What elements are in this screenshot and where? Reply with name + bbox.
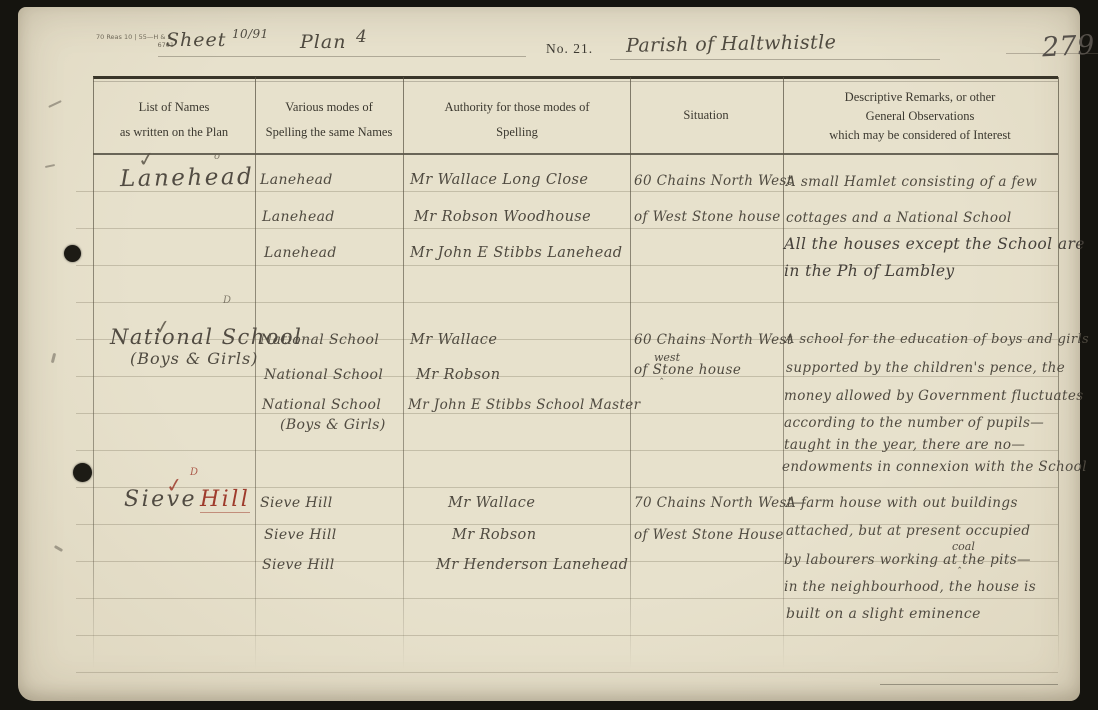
- sheet-label: Sheet: [166, 29, 226, 51]
- annotation-mark: D: [190, 467, 198, 478]
- situation-line: of Stone house: [634, 362, 741, 378]
- remarks-line: All the houses except the School are: [784, 235, 1085, 253]
- authority-entry: Mr Wallace: [410, 332, 497, 348]
- place-name: Lanehead: [120, 164, 255, 192]
- authority-entry: Mr John E Stibbs School Master: [408, 397, 640, 413]
- footer-rule: [880, 684, 1058, 685]
- column-header-spelling-line2: Spelling the same Names: [266, 120, 393, 145]
- punch-hole: [64, 245, 81, 262]
- column-header-authority: Authority for those modes of Spelling: [444, 95, 589, 145]
- parish-underline: [610, 59, 940, 60]
- column-header-names-line1: List of Names: [120, 95, 228, 120]
- form-number-label: No. 21.: [546, 41, 593, 57]
- spelling-entry: Sieve Hill: [260, 495, 333, 511]
- plan-number: 4: [356, 27, 367, 47]
- page-number: 279: [1041, 30, 1095, 64]
- scanned-document: 70 Reas 10 | 55—H & S 6701 Sheet 10/91 P…: [0, 0, 1098, 710]
- annotation-mark: D: [223, 295, 231, 306]
- remarks-line: according to the number of pupils—: [784, 415, 1044, 431]
- remarks-line: cottages and a National School: [786, 210, 1012, 226]
- column-header-situation-line1: Situation: [683, 108, 728, 123]
- spelling-entry: National School: [264, 367, 383, 383]
- column-header-names-line2: as written on the Plan: [120, 120, 228, 145]
- column-divider-1: [255, 77, 256, 669]
- authority-entry: Mr Robson: [416, 367, 500, 383]
- sheet-underline: [158, 56, 526, 57]
- punch-hole: [73, 463, 92, 482]
- margin-ink-mark: [48, 100, 62, 108]
- authority-entry: Mr John E Stibbs Lanehead: [410, 245, 622, 261]
- table-left-border: [93, 77, 94, 669]
- remarks-line: in the Ph of Lambley: [784, 262, 955, 280]
- remarks-line: by labourers working at the pits—: [784, 552, 1031, 568]
- parish-title: Parish of Haltwhistle: [626, 31, 837, 57]
- margin-ink-mark: [51, 353, 56, 363]
- authority-entry: Mr Wallace: [448, 495, 535, 511]
- margin-ink-mark: [45, 164, 55, 168]
- situation-line: 60 Chains North West: [634, 332, 793, 348]
- situation-line: 60 Chains North West: [634, 173, 793, 189]
- document-page: 70 Reas 10 | 55—H & S 6701 Sheet 10/91 P…: [18, 7, 1080, 701]
- spelling-entry: Lanehead: [264, 245, 337, 261]
- situation-line: 70 Chains North West—: [634, 495, 807, 511]
- place-name: Sieve: [124, 487, 197, 512]
- remarks-line: A farm house with out buildings: [786, 495, 1018, 511]
- situation-line: of West Stone House: [634, 527, 784, 543]
- header-bottom-border: [93, 153, 1058, 155]
- remarks-line: endowments in connexion with the School: [782, 459, 1087, 475]
- authority-entry: Mr Robson Woodhouse: [414, 209, 591, 225]
- remarks-line: money allowed by Government fluctuates: [784, 388, 1084, 404]
- situation-line: of West Stone house: [634, 209, 781, 225]
- authority-entry: Mr Henderson Lanehead: [436, 557, 628, 573]
- place-name-subtitle: (Boys & Girls): [130, 349, 258, 368]
- column-divider-2: [403, 77, 404, 669]
- column-divider-3: [630, 77, 631, 669]
- table-top-border-inner: [93, 81, 1058, 82]
- remarks-line: supported by the children's pence, the: [786, 360, 1065, 376]
- remarks-line: taught in the year, there are no—: [784, 437, 1025, 453]
- column-header-names: List of Names as written on the Plan: [120, 95, 228, 145]
- spelling-entry: (Boys & Girls): [280, 417, 386, 433]
- spelling-entry: National School: [260, 332, 379, 348]
- place-name-red: Hill: [200, 487, 250, 513]
- spelling-entry: National School: [262, 397, 381, 413]
- plan-label: Plan: [300, 31, 346, 53]
- authority-entry: Mr Wallace Long Close: [410, 172, 588, 188]
- column-header-spelling: Various modes of Spelling the same Names: [266, 95, 393, 145]
- annotation-mark: o: [214, 151, 220, 162]
- margin-ink-mark: [54, 545, 63, 552]
- column-header-authority-line2: Spelling: [444, 120, 589, 145]
- column-header-spelling-line1: Various modes of: [266, 95, 393, 120]
- authority-entry: Mr Robson: [452, 527, 536, 543]
- column-header-remarks-line3: which may be considered of Interest: [829, 126, 1011, 145]
- column-header-remarks-line2: General Observations: [829, 107, 1011, 126]
- column-header-authority-line1: Authority for those modes of: [444, 95, 589, 120]
- sheet-number: 10/91: [232, 27, 269, 41]
- spelling-entry: Sieve Hill: [262, 557, 335, 573]
- column-header-situation: Situation: [683, 108, 728, 123]
- spelling-entry: Lanehead: [260, 172, 333, 188]
- spelling-entry: Lanehead: [262, 209, 335, 225]
- remarks-line: built on a slight eminence: [786, 606, 981, 622]
- remarks-line: A school for the education of boys and g…: [785, 332, 1089, 347]
- table-top-border: [93, 76, 1058, 79]
- remarks-line: attached, but at present occupied: [786, 523, 1030, 539]
- column-header-remarks-line1: Descriptive Remarks, or other: [829, 88, 1011, 107]
- remarks-line: in the neighbourhood, the house is: [784, 579, 1036, 595]
- remarks-line: A small Hamlet consisting of a few: [786, 174, 1037, 190]
- spelling-entry: Sieve Hill: [264, 527, 337, 543]
- column-header-remarks: Descriptive Remarks, or other General Ob…: [829, 88, 1011, 145]
